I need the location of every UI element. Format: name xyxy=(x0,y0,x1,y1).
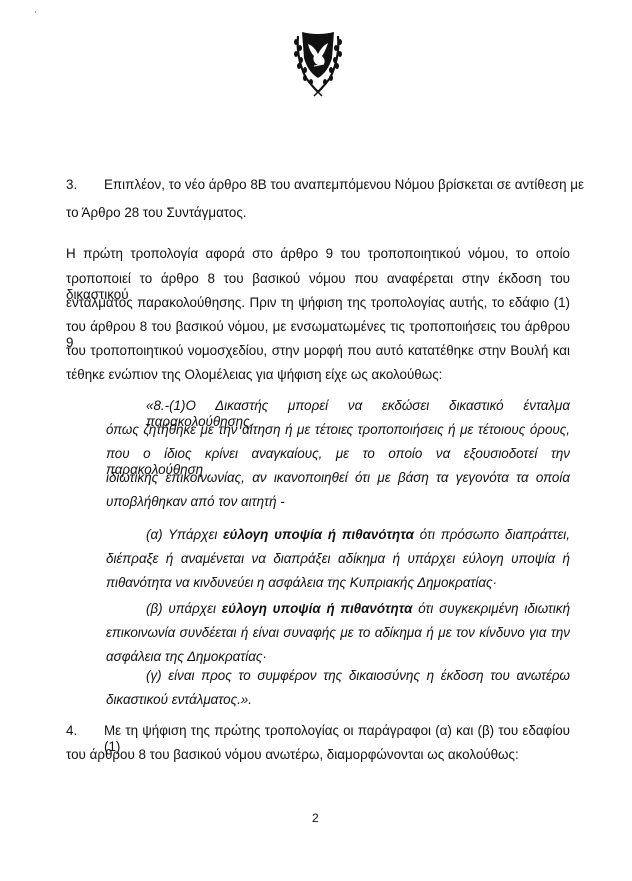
paragraph-line: εντάλματος παρακολούθησης. Πριν τη ψήφισ… xyxy=(66,295,570,311)
scan-speck xyxy=(35,11,36,13)
quote-line: ιδιωτικής επικοινωνίας, αν ικανοποιηθεί … xyxy=(106,470,570,486)
paragraph-line: του τροποποιητικού νομοσχεδίου, στην μορ… xyxy=(66,343,570,359)
document-page: 3. Επιπλέον, το νέο άρθρο 8Β του αναπεμπ… xyxy=(0,0,632,881)
section4-line: του άρθρου 8 του βασικού νόμου ανωτέρω, … xyxy=(66,747,519,763)
section-number: 4. xyxy=(66,723,77,739)
item-b-emphasis: εύλογη υποψία ή πιθανότητα xyxy=(222,601,413,616)
cyprus-coat-of-arms-icon xyxy=(292,28,344,98)
item-b-suffix: ότι συγκεκριμένη ιδιωτική xyxy=(413,601,571,616)
quote-item-b-line: επικοινωνία συνδέεται ή είναι συναφής με… xyxy=(106,625,570,641)
quote-line: υποβλήθηκαν από τον αιτητή - xyxy=(106,494,285,510)
quote-line: όπως ζητήθηκε με την αίτηση ή με τέτοιες… xyxy=(106,422,570,438)
paragraph-line: Η πρώτη τροπολογία αφορά στο άρθρο 9 του… xyxy=(66,246,570,262)
item-a-emphasis: εύλογη υποψία ή πιθανότητα xyxy=(223,527,414,542)
section3-line: Επιπλέον, το νέο άρθρο 8Β του αναπεμπόμε… xyxy=(104,177,570,193)
item-a-prefix: (α) Υπάρχει xyxy=(146,527,223,542)
quote-item-b-line: ασφάλεια της Δημοκρατίας· xyxy=(106,649,267,665)
quote-item-a-line: διέπραξε ή αναμένεται να διαπράξει αδίκη… xyxy=(106,551,570,567)
quote-item-b-line: (β) υπάρχει εύλογη υποψία ή πιθανότητα ό… xyxy=(146,601,570,617)
item-b-prefix: (β) υπάρχει xyxy=(146,601,222,616)
paragraph-line: τέθηκε ενώπιον της Ολομέλειας για ψήφιση… xyxy=(66,367,442,383)
section3-line: το Άρθρο 28 του Συντάγματος. xyxy=(66,205,247,221)
quote-item-a-line: πιθανότητα να κινδυνεύει η ασφάλεια της … xyxy=(106,575,497,591)
item-a-suffix: ότι πρόσωπο διαπράττει, xyxy=(414,527,570,542)
section-number: 3. xyxy=(66,177,77,193)
page-number: 2 xyxy=(312,811,319,825)
quote-item-a-line: (α) Υπάρχει εύλογη υποψία ή πιθανότητα ό… xyxy=(146,527,570,543)
quote-item-c-line: δικαστικού εντάλματος.». xyxy=(106,692,252,708)
quote-item-c-line: (γ) είναι προς το συμφέρον της δικαιοσύν… xyxy=(146,668,570,684)
